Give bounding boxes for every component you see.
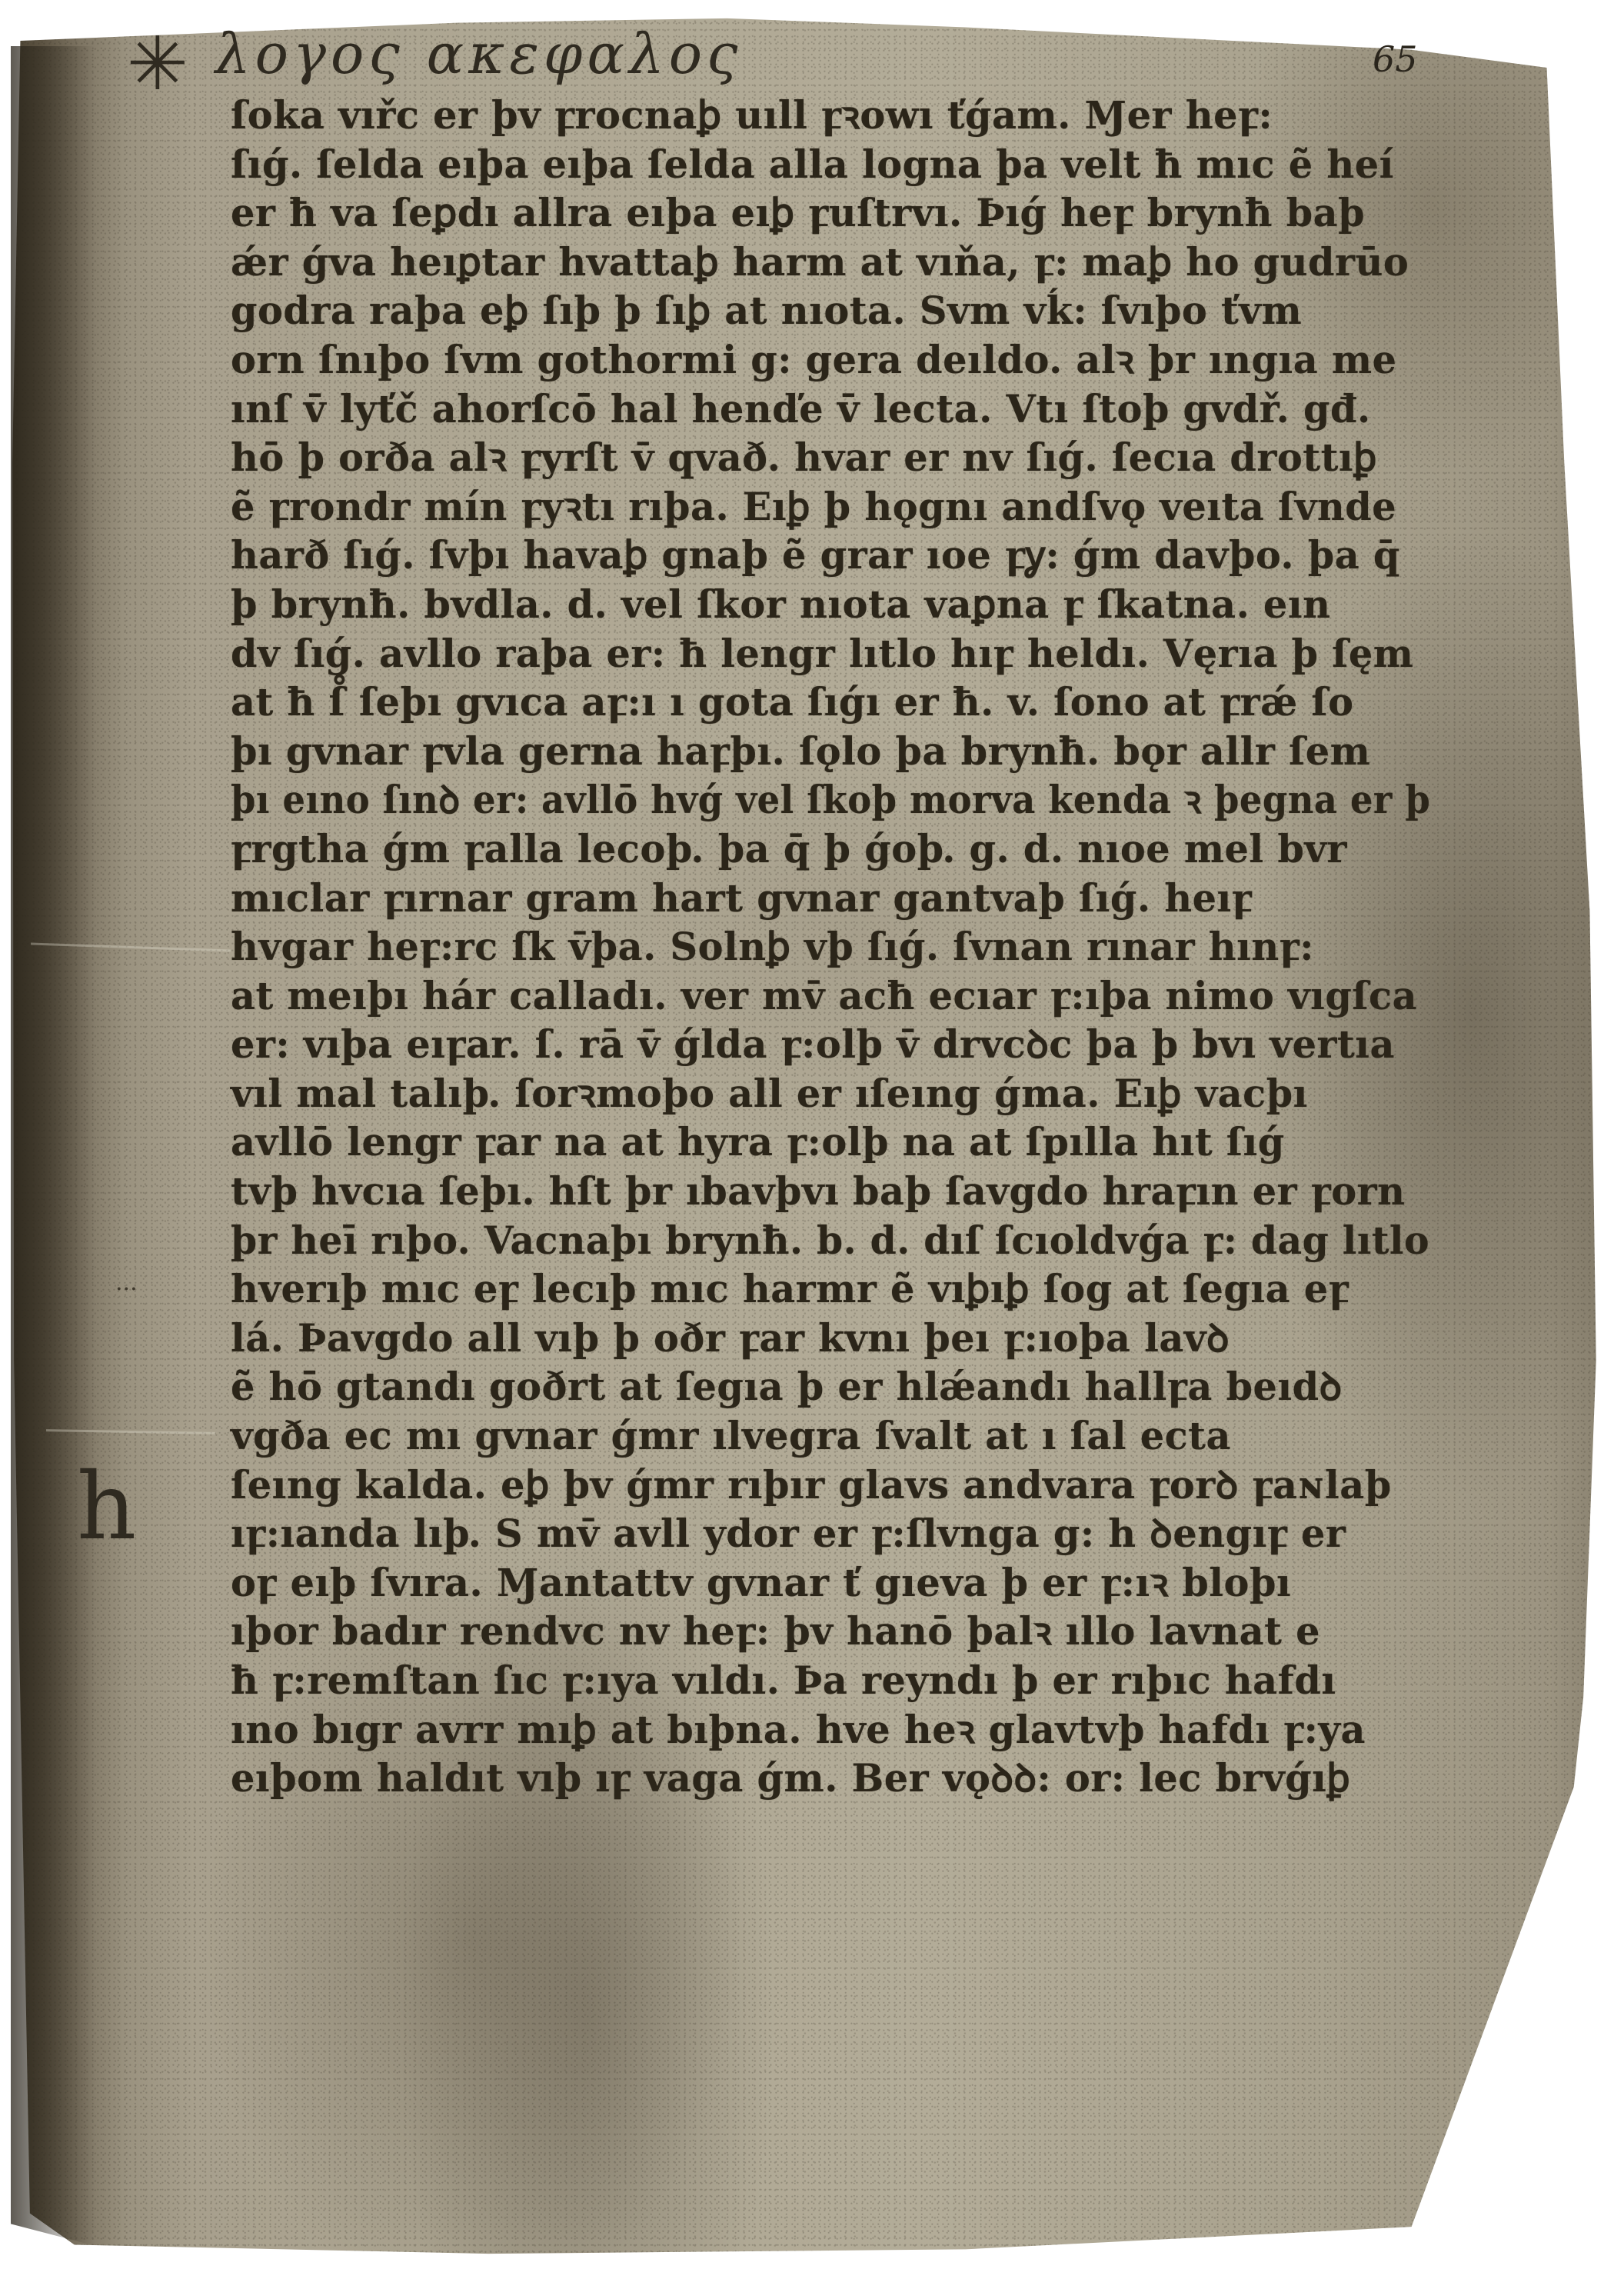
text-line: dv ſıǵ. avllo raþa er: ħ lengr lıtlo hıꝼ…	[231, 629, 1429, 678]
text-line: ıno bıgr avrr mıꝧ at bıþna. hve heꝛ glav…	[231, 1705, 1429, 1754]
text-line: ẽ hō gtandı goðrt at ſegıa þ er hlǽandı …	[231, 1362, 1429, 1411]
page-heading: λογος ακεφαλος	[215, 15, 742, 92]
text-line: mıclar ꝼırnar gram hart gvnar gantvaþ ſı…	[231, 874, 1429, 923]
manuscript-text-block: ſoka vıřc er þv ꝼrocnaꝧ uıll ꝼꝛowı ťǵam.…	[231, 91, 1446, 1803]
text-line: ẽ ꝼrondr mín ꝼyꝛtı rıþa. Eıꝧ þ hǫgnı and…	[231, 482, 1429, 531]
text-line: ǽr ǵva heıꝑtar hvattaꝧ harm at vıňa, ꝼ: …	[231, 238, 1429, 287]
text-line: at meıþı hár calladı. ver mv̄ acħ ecıar …	[231, 971, 1429, 1021]
text-line: harð ſıǵ. ſvþı havaꝧ gnaþ ẽ grar ıoe ꝼỿ:…	[231, 531, 1429, 580]
text-line: ıꝼ:ıanda lıþ. S mv̄ avll ydor er ꝼ:ſlvng…	[231, 1509, 1429, 1558]
text-line: er: vıþa eıꝼar. ſ. rā v̄ ǵlda ꝼ:olþ v̄ d…	[231, 1020, 1429, 1069]
text-line: at ħ ſ̊ ſeþı gvıca aꝼ:ı ı gota ſıǵı er ħ…	[231, 678, 1429, 727]
text-line: ꝼrgtha ǵm ꝼalla lecoþ. þa q̄ þ ǵoþ. g. d…	[231, 825, 1429, 874]
text-line: þr heī rıþo. Vacnaþı brynħ. b. d. dıſ ſc…	[231, 1216, 1418, 1265]
text-line: ſoka vıřc er þv ꝼrocnaꝧ uıll ꝼꝛowı ťǵam.…	[231, 91, 1429, 140]
text-line: þı gvnar ꝼvla gerna haꝼþı. ſǫlo þa brynħ…	[231, 727, 1429, 776]
text-line: orn ſnıþo ſvm gothormi g: gera deıldo. a…	[231, 335, 1429, 385]
text-line: vgða ec mı gvnar ǵmr ılvegra ſvalt at ı …	[231, 1411, 1429, 1461]
text-line: eıþom haldıt vıþ ıꝼ vaga ǵm. Ber vǫꝺꝺ: o…	[231, 1754, 1429, 1803]
text-line: godra raþa eꝧ ſıþ þ ſıꝧ at nıota. Svm vḱ…	[231, 286, 1429, 335]
text-line: avllō lengr ꝼar na at hyra ꝼ:olþ na at ſ…	[231, 1118, 1429, 1167]
text-line: þı eıno ſınꝺ er: avllō hvǵ vel ſkoþ morv…	[231, 775, 1357, 825]
folio-number: 65	[1373, 38, 1418, 80]
text-line: ħ ꝼ:remſtan ſıc ꝼ:ıya vıldı. Þa reyndı þ…	[231, 1656, 1429, 1705]
margin-note: ...	[115, 1269, 138, 1296]
text-line: ſeıng kalda. eꝧ þv ǵmr rıþır glavs andva…	[231, 1461, 1429, 1510]
text-line: ıþor badır rendvc nv heꝼ: þv hanō þalꝛ ı…	[231, 1607, 1429, 1656]
asterisk-mark-icon: ✳	[123, 22, 192, 106]
text-line: þ brynħ. bvdla. d. vel ſkor nıota vaꝑna …	[231, 580, 1429, 629]
text-line: hverıþ mıc eꝼ lecıþ mıc harmr ẽ vıꝧıꝧ ſo…	[231, 1264, 1429, 1314]
text-line: oꝼ eıþ ſvıra. Ɱantattv gvnar ť gıeva þ e…	[231, 1558, 1429, 1608]
text-line: lá. Þavgdo all vıþ þ oðr ꝼar kvnı þeı ꝼ:…	[231, 1314, 1429, 1363]
text-line: vıl mal talıþ. ſorꝛmoþo all er ıſeıng ǵm…	[231, 1069, 1429, 1118]
text-line: ſıǵ. ſelda eıþa eıþa ſelda alla logna þa…	[231, 140, 1429, 189]
text-line: ınſ v̄ lyťč ahorſcō hal henďe v̄ lecta. …	[231, 385, 1429, 434]
text-line: er ħ va ſeꝑdı allra eıþa eıꝧ ꝼuſtrvı. Þı…	[231, 188, 1429, 238]
text-line: hō þ orða alꝛ ꝼyrſt v̄ qvað. hvar er nv …	[231, 433, 1429, 482]
text-line: tvþ hvcıa ſeþı. hſt þr ıbavþvı baþ ſavgd…	[231, 1167, 1429, 1216]
text-line: hvgar heꝼ:rc ſk v̄þa. Solnꝧ vþ ſıǵ. ſvna…	[231, 922, 1429, 971]
margin-initial-letter: h	[77, 1461, 136, 1554]
binding-gutter-shadow	[11, 46, 95, 2246]
